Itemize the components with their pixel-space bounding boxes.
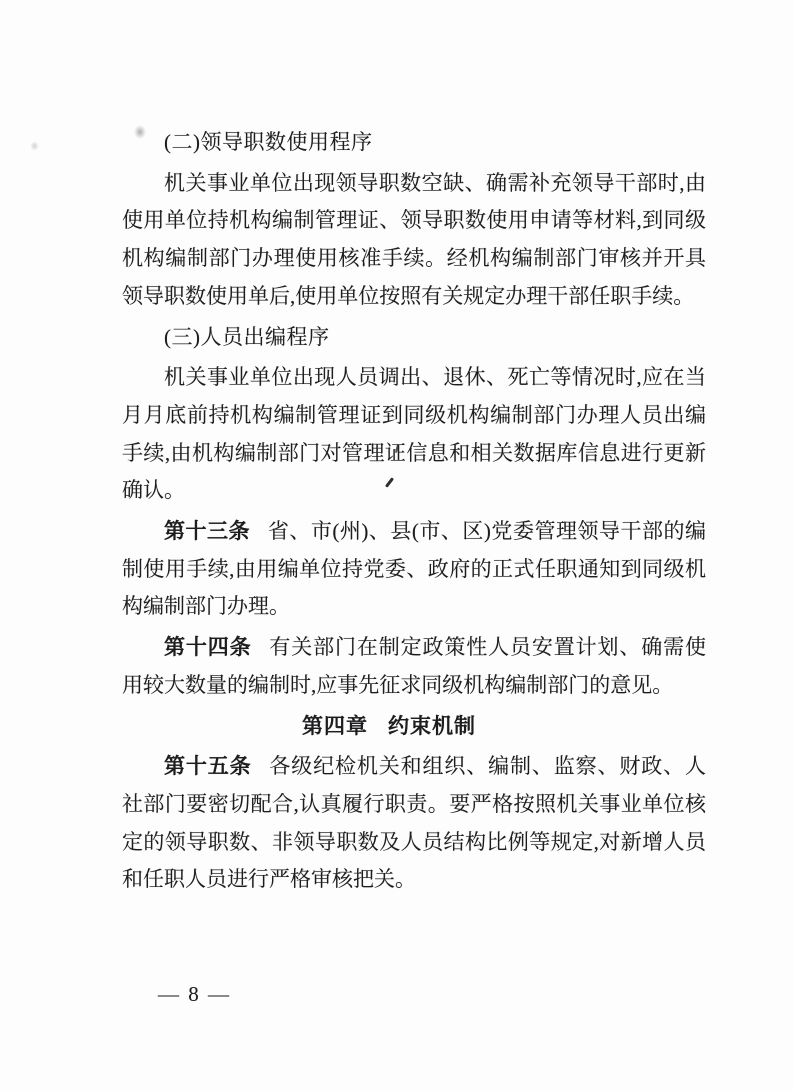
page-number: — 8 —: [158, 975, 231, 1013]
chapter-number: 第四章: [302, 714, 368, 738]
chapter-4-heading: 第四章约束机制: [122, 708, 706, 746]
article-15-number: 第十五条: [164, 754, 252, 778]
document-page: (二)领导职数使用程序 机关事业单位出现领导职数空缺、确需补充领导干部时,由使用…: [0, 0, 793, 1091]
article-13-number: 第十三条: [164, 519, 250, 543]
document-content: (二)领导职数使用程序 机关事业单位出现领导职数空缺、确需补充领导干部时,由使用…: [122, 124, 706, 902]
article-13: 第十三条省、市(州)、县(市、区)党委管理领导干部的编制使用手续,由用编单位持党…: [122, 513, 706, 626]
chapter-title: 约束机制: [388, 714, 476, 738]
article-14: 第十四条有关部门在制定政策性人员安置计划、确需使用较大数量的编制时,应事先征求同…: [122, 629, 706, 704]
paragraph-leader-post-usage: 机关事业单位出现领导职数空缺、确需补充领导干部时,由使用单位持机构编制管理证、领…: [122, 165, 706, 316]
article-15: 第十五条各级纪检机关和组织、编制、监察、财政、人社部门要密切配合,认真履行职责。…: [122, 748, 706, 899]
scan-smudge: [30, 141, 39, 151]
article-14-number: 第十四条: [164, 635, 252, 659]
paragraph-personnel-exit: 机关事业单位出现人员调出、退休、死亡等情况时,应在当月月底前持机构编制管理证到同…: [122, 359, 706, 510]
subsection-heading-leader-post-usage: (二)领导职数使用程序: [122, 124, 706, 162]
subsection-heading-personnel-exit: (三)人员出编程序: [122, 319, 706, 357]
